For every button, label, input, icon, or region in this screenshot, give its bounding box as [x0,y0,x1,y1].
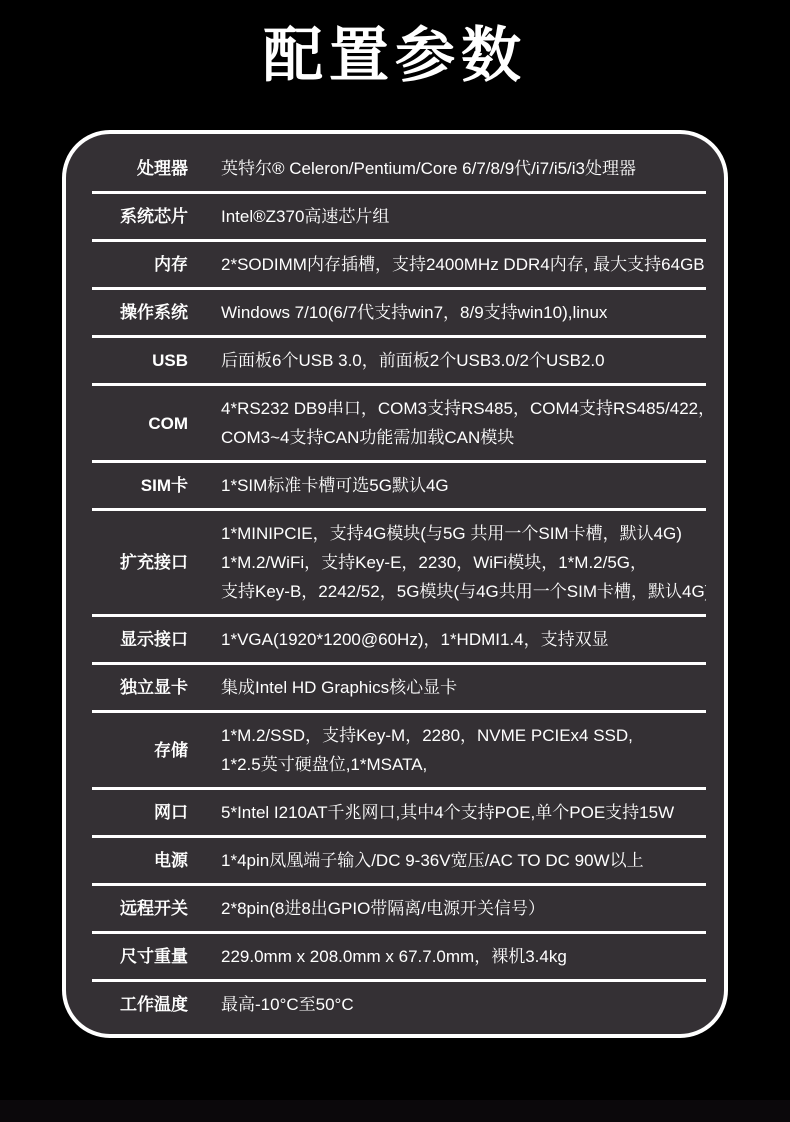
spec-value-line: 英特尔® Celeron/Pentium/Core 6/7/8/9代/i7/i5… [221,154,636,183]
spec-value-line: 1*M.2/SSD，支持Key-M，2280，NVME PCIEx4 SSD, [221,721,633,750]
spec-value-line: COM3~4支持CAN功能需加载CAN模块 [221,423,706,452]
spec-label: 内存 [92,250,188,279]
spec-row: 处理器 英特尔® Celeron/Pentium/Core 6/7/8/9代/i… [92,134,706,194]
spec-value-line: Intel®Z370高速芯片组 [221,202,389,231]
spec-label: 显示接口 [92,625,188,654]
spec-label: 独立显卡 [92,673,188,702]
spec-row: USB 后面板6个USB 3.0，前面板2个USB3.0/2个USB2.0 [92,338,706,386]
spec-value-line: 1*SIM标准卡槽可选5G默认4G [221,471,449,500]
footer-strip [0,1100,790,1122]
page-title: 配置参数 [0,8,790,94]
spec-value: Windows 7/10(6/7代支持win7，8/9支持win10),linu… [221,298,607,327]
spec-value: 1*SIM标准卡槽可选5G默认4G [221,471,449,500]
spec-row: 内存 2*SODIMM内存插槽，支持2400MHz DDR4内存, 最大支持64… [92,242,706,290]
spec-value-line: 4*RS232 DB9串口，COM3支持RS485，COM4支持RS485/42… [221,394,706,423]
spec-label: 操作系统 [92,298,188,327]
spec-row: COM 4*RS232 DB9串口，COM3支持RS485，COM4支持RS48… [92,386,706,463]
spec-label: 处理器 [92,154,188,183]
spec-value: 集成Intel HD Graphics核心显卡 [221,673,457,702]
spec-label: 电源 [92,846,188,875]
spec-value-line: Windows 7/10(6/7代支持win7，8/9支持win10),linu… [221,298,607,327]
spec-value: 4*RS232 DB9串口，COM3支持RS485，COM4支持RS485/42… [221,394,706,452]
spec-value: 5*Intel I210AT千兆网口,其中4个支持POE,单个POE支持15W [221,798,674,827]
spec-value: 2*SODIMM内存插槽，支持2400MHz DDR4内存, 最大支持64GB [221,250,705,279]
spec-row: 工作温度 最高-10°C至50°C [92,982,706,1037]
spec-label: 系统芯片 [92,202,188,231]
spec-label: COM [92,409,188,438]
spec-label: 远程开关 [92,894,188,923]
spec-value: 229.0mm x 208.0mm x 67.7.0mm，裸机3.4kg [221,942,567,971]
spec-value-line: 229.0mm x 208.0mm x 67.7.0mm，裸机3.4kg [221,942,567,971]
spec-value-line: 2*SODIMM内存插槽，支持2400MHz DDR4内存, 最大支持64GB [221,250,705,279]
spec-row: SIM卡 1*SIM标准卡槽可选5G默认4G [92,463,706,511]
spec-label: 工作温度 [92,990,188,1019]
spec-label: 存储 [92,736,188,765]
spec-table-panel: 处理器 英特尔® Celeron/Pentium/Core 6/7/8/9代/i… [62,130,728,1038]
spec-row: 系统芯片 Intel®Z370高速芯片组 [92,194,706,242]
spec-value-line: 2*8pin(8进8出GPIO带隔离/电源开关信号） [221,894,545,923]
spec-label: SIM卡 [92,471,188,500]
spec-label: 尺寸重量 [92,942,188,971]
spec-row: 独立显卡 集成Intel HD Graphics核心显卡 [92,665,706,713]
spec-value-line: 1*M.2/WiFi，支持Key-E，2230，WiFi模块，1*M.2/5G， [221,548,706,577]
spec-value-line: 后面板6个USB 3.0，前面板2个USB3.0/2个USB2.0 [221,346,605,375]
spec-value: 后面板6个USB 3.0，前面板2个USB3.0/2个USB2.0 [221,346,605,375]
spec-value: 1*MINIPCIE，支持4G模块(与5G 共用一个SIM卡槽，默认4G)1*M… [221,519,706,606]
spec-value-line: 1*4pin凤凰端子输入/DC 9-36V宽压/AC TO DC 90W以上 [221,846,644,875]
spec-value: 1*M.2/SSD，支持Key-M，2280，NVME PCIEx4 SSD,1… [221,721,633,779]
spec-label: 网口 [92,798,188,827]
spec-value-line: 1*2.5英寸硬盘位,1*MSATA, [221,750,633,779]
spec-value-line: 1*VGA(1920*1200@60Hz)，1*HDMI1.4，支持双显 [221,625,609,654]
spec-value-line: 集成Intel HD Graphics核心显卡 [221,673,457,702]
spec-value: 英特尔® Celeron/Pentium/Core 6/7/8/9代/i7/i5… [221,154,636,183]
spec-row: 操作系统 Windows 7/10(6/7代支持win7，8/9支持win10)… [92,290,706,338]
spec-value: 1*VGA(1920*1200@60Hz)，1*HDMI1.4，支持双显 [221,625,609,654]
spec-label: USB [92,346,188,375]
spec-value: 1*4pin凤凰端子输入/DC 9-36V宽压/AC TO DC 90W以上 [221,846,644,875]
spec-value: 2*8pin(8进8出GPIO带隔离/电源开关信号） [221,894,545,923]
spec-value-line: 最高-10°C至50°C [221,990,354,1019]
spec-value-line: 1*MINIPCIE，支持4G模块(与5G 共用一个SIM卡槽，默认4G) [221,519,706,548]
spec-value-line: 5*Intel I210AT千兆网口,其中4个支持POE,单个POE支持15W [221,798,674,827]
spec-value: Intel®Z370高速芯片组 [221,202,389,231]
spec-row: 电源 1*4pin凤凰端子输入/DC 9-36V宽压/AC TO DC 90W以… [92,838,706,886]
spec-value-line: 支持Key-B，2242/52，5G模块(与4G共用一个SIM卡槽，默认4G) [221,577,706,606]
spec-row: 扩充接口 1*MINIPCIE，支持4G模块(与5G 共用一个SIM卡槽，默认4… [92,511,706,617]
spec-label: 扩充接口 [92,548,188,577]
spec-row: 网口 5*Intel I210AT千兆网口,其中4个支持POE,单个POE支持1… [92,790,706,838]
spec-value: 最高-10°C至50°C [221,990,354,1019]
spec-row: 尺寸重量 229.0mm x 208.0mm x 67.7.0mm，裸机3.4k… [92,934,706,982]
spec-row: 远程开关 2*8pin(8进8出GPIO带隔离/电源开关信号） [92,886,706,934]
spec-row: 存储 1*M.2/SSD，支持Key-M，2280，NVME PCIEx4 SS… [92,713,706,790]
spec-row: 显示接口 1*VGA(1920*1200@60Hz)，1*HDMI1.4，支持双… [92,617,706,665]
